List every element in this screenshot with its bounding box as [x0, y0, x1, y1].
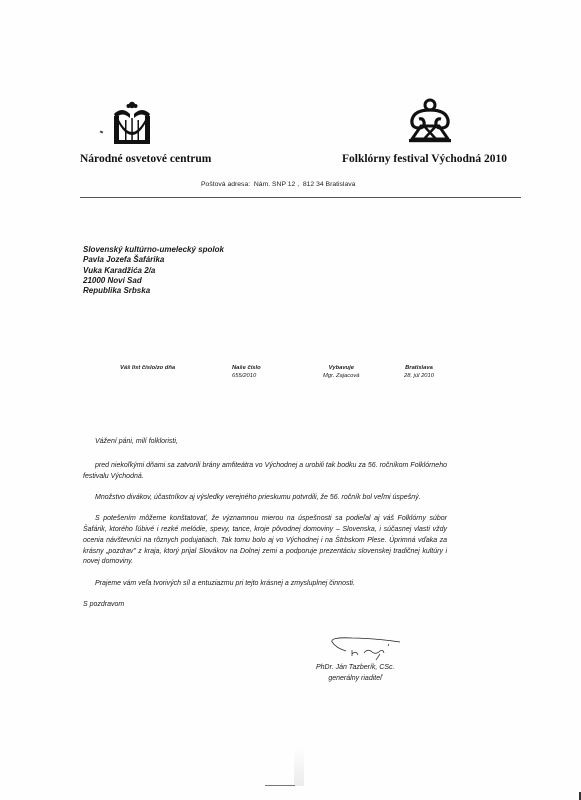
- header-divider: [80, 197, 521, 198]
- tulip-emblem-icon: [112, 100, 152, 146]
- recipient-line: Republika Srbska: [83, 286, 224, 296]
- signer-title: generálny riaditeľ: [316, 674, 394, 685]
- letter-body: Vážení páni, milí folkloristi, pred niek…: [83, 437, 447, 621]
- ref-our-number: Naše číslo 655/2010: [232, 365, 261, 380]
- scan-speck: [100, 130, 104, 133]
- folk-ornament-icon: [404, 98, 456, 144]
- scan-smudge: [294, 748, 304, 786]
- signer-block: PhDr. Ján Tazberík, CSc. generálny riadi…: [316, 663, 394, 684]
- recipient-line: 21000 Novi Sad: [83, 276, 224, 286]
- ref-your-letter-label: Váš list číslo/zo dňa: [120, 365, 175, 373]
- recipient-line: Pavla Jozefa Šafárika: [83, 255, 224, 265]
- left-organization-name: Národné osvetové centrum: [80, 153, 211, 165]
- salutation: Vážení páni, milí folkloristi,: [83, 437, 447, 448]
- closing: S pozdravom: [83, 600, 447, 611]
- body-paragraph: Množstvo divákov, účastníkov aj výsledky…: [83, 493, 447, 504]
- ref-place-label: Bratislava: [404, 365, 434, 373]
- ref-our-number-label: Naše číslo: [232, 365, 261, 373]
- body-paragraph: Prajeme vám veľa tvorivých síl a entuzia…: [83, 579, 447, 590]
- recipient-address: Slovenský kultúrno-umelecký spolok Pavla…: [83, 245, 224, 296]
- recipient-line: Vuka Karadžića 2/a: [83, 266, 224, 276]
- ref-place-date: Bratislava 28. júl 2010: [404, 365, 434, 380]
- body-paragraph: pred niekoľkými dňami sa zatvorili brány…: [83, 461, 447, 483]
- signer-name: PhDr. Ján Tazberík, CSc.: [316, 663, 394, 674]
- ref-handled-by-value: Mgr. Zajacová: [323, 373, 360, 381]
- postal-address: Poštová adresa: Nám. SNP 12 , 812 34 Bra…: [201, 181, 355, 188]
- body-paragraph: S potešením môžeme konštatovať, že význa…: [83, 514, 447, 568]
- letter-page: Národné osvetové centrum Folklórny festi…: [0, 0, 581, 800]
- scan-mark: [265, 785, 295, 786]
- handwritten-signature: [322, 636, 422, 660]
- ref-date-value: 28. júl 2010: [404, 373, 434, 381]
- recipient-line: Slovenský kultúrno-umelecký spolok: [83, 245, 224, 255]
- right-organization-name: Folklórny festival Východná 2010: [342, 153, 507, 165]
- ref-handled-by: Vybavuje Mgr. Zajacová: [323, 365, 360, 380]
- ref-your-letter: Váš list číslo/zo dňa: [120, 365, 175, 373]
- ref-handled-by-label: Vybavuje: [323, 365, 360, 373]
- ref-our-number-value: 655/2010: [232, 373, 261, 381]
